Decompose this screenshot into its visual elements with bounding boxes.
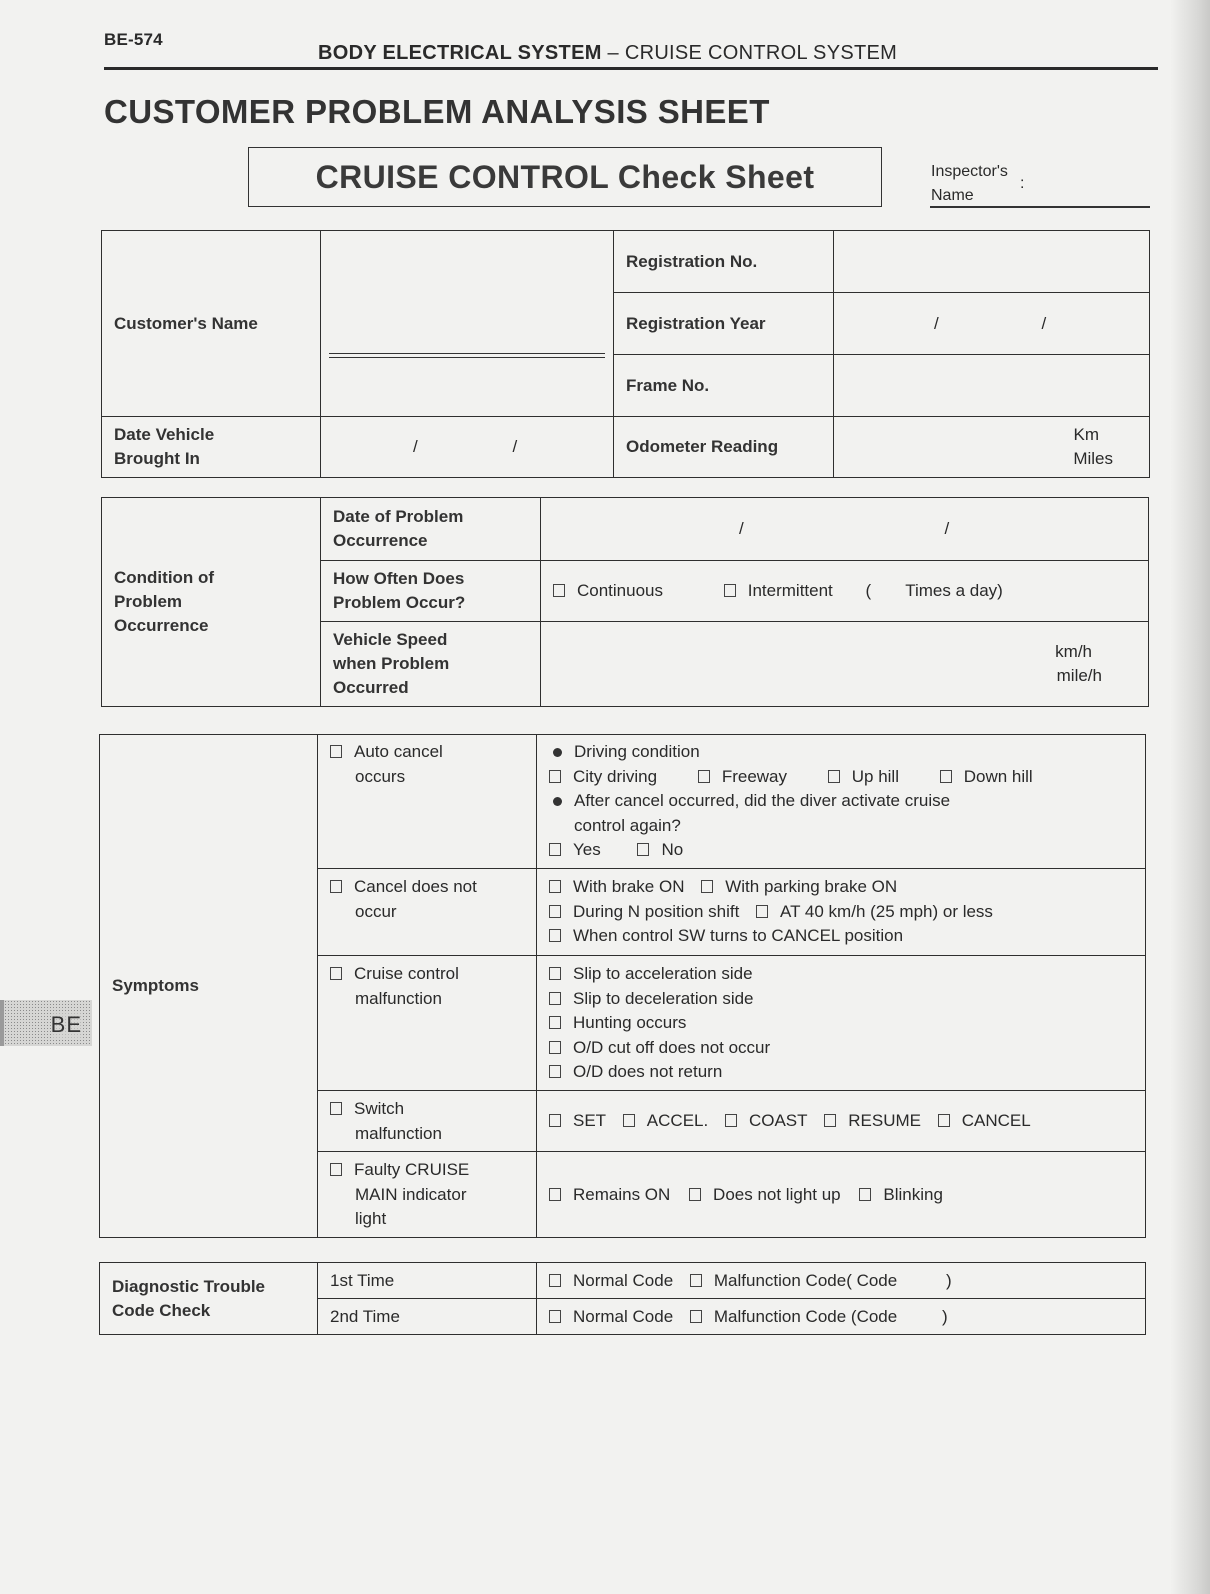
vehicle-speed-label: Vehicle Speed when Problem Occurred bbox=[321, 622, 541, 707]
option-label: Freeway bbox=[722, 767, 787, 786]
bullet-icon bbox=[553, 797, 562, 806]
label-line: Problem Occur? bbox=[333, 591, 528, 615]
option-up-hill[interactable]: Up hill bbox=[828, 767, 899, 786]
symptom-faulty-indicator[interactable]: Faulty CRUISE MAIN indicator light bbox=[318, 1152, 537, 1238]
checkbox-icon[interactable] bbox=[637, 843, 649, 856]
checkbox-icon[interactable] bbox=[824, 1114, 836, 1127]
section-tab-be: BE bbox=[0, 1000, 92, 1046]
checkbox-icon[interactable] bbox=[859, 1188, 871, 1201]
inspector-underline bbox=[930, 206, 1150, 208]
option-label: Down hill bbox=[964, 767, 1033, 786]
label-line: Diagnostic Trouble bbox=[112, 1275, 305, 1299]
symptom-cancel-not-occur[interactable]: Cancel does not occur bbox=[318, 869, 537, 956]
checkbox-icon[interactable] bbox=[549, 1065, 561, 1078]
checkbox-icon[interactable] bbox=[330, 880, 342, 893]
checkbox-icon[interactable] bbox=[549, 1188, 561, 1201]
dtc-section-label: Diagnostic Trouble Code Check bbox=[100, 1263, 318, 1335]
option-od-cutoff[interactable]: O/D cut off does not occur bbox=[549, 1036, 1133, 1061]
label-line: Condition of bbox=[114, 566, 308, 590]
symptom-label: Faulty CRUISE bbox=[354, 1160, 469, 1179]
option-intermittent[interactable]: Intermittent bbox=[724, 581, 833, 600]
checkbox-icon[interactable] bbox=[549, 1310, 561, 1323]
option-label: Remains ON bbox=[573, 1185, 670, 1204]
paren-open: ( bbox=[866, 581, 872, 600]
date-brought-in-label-line1: Date Vehicle bbox=[114, 423, 308, 447]
checkbox-icon[interactable] bbox=[940, 770, 952, 783]
option-blinking[interactable]: Blinking bbox=[859, 1185, 943, 1204]
checkbox-icon[interactable] bbox=[623, 1114, 635, 1127]
frame-no-field[interactable] bbox=[834, 355, 1150, 417]
dtc-second-time-label: 2nd Time bbox=[318, 1299, 537, 1335]
option-label: Malfunction Code( Code bbox=[714, 1271, 897, 1290]
unit-mileh: mile/h bbox=[553, 664, 1102, 688]
symptoms-section-label: Symptoms bbox=[100, 735, 318, 1238]
symptom-label: Cancel does not bbox=[354, 877, 477, 896]
page-edge-shadow bbox=[1170, 0, 1210, 1594]
checkbox-icon[interactable] bbox=[690, 1310, 702, 1323]
option-label: With brake ON bbox=[573, 877, 684, 896]
checkbox-icon[interactable] bbox=[549, 967, 561, 980]
option-label: No bbox=[661, 840, 683, 859]
symptom-label: malfunction bbox=[330, 1122, 524, 1147]
option-label: AT 40 km/h (25 mph) or less bbox=[780, 902, 993, 921]
bullet-icon bbox=[553, 748, 562, 757]
option-yes[interactable]: Yes bbox=[549, 840, 601, 859]
option-label: Yes bbox=[573, 840, 601, 859]
faulty-indicator-details: Remains ON Does not light up Blinking bbox=[537, 1152, 1146, 1238]
paren-close: ) bbox=[946, 1271, 952, 1290]
registration-no-field[interactable] bbox=[834, 231, 1150, 293]
option-label: Malfunction Code (Code bbox=[714, 1307, 897, 1326]
symptom-label: Auto cancel bbox=[354, 742, 443, 761]
symptom-switch-malfunction[interactable]: Switch malfunction bbox=[318, 1091, 537, 1152]
label-line: Date of Problem bbox=[333, 505, 528, 529]
option-label: Normal Code bbox=[573, 1271, 673, 1290]
option-label: Normal Code bbox=[573, 1307, 673, 1326]
inspector-colon: : bbox=[1020, 172, 1024, 196]
option-coast[interactable]: COAST bbox=[725, 1111, 808, 1130]
auto-cancel-details: Driving condition City driving Freeway U… bbox=[537, 735, 1146, 869]
option-resume[interactable]: RESUME bbox=[824, 1111, 921, 1130]
option-label: O/D cut off does not occur bbox=[573, 1038, 770, 1057]
symptom-label: occur bbox=[330, 900, 524, 925]
option-label: Slip to acceleration side bbox=[573, 964, 753, 983]
checkbox-icon[interactable] bbox=[690, 1274, 702, 1287]
date-slash: / bbox=[934, 314, 939, 334]
label-line: How Often Does bbox=[333, 567, 528, 591]
checkbox-icon[interactable] bbox=[553, 584, 565, 597]
section-title: BODY ELECTRICAL SYSTEM bbox=[318, 42, 602, 64]
symptoms-table: Symptoms Auto cancel occurs Driving cond… bbox=[99, 734, 1146, 1238]
checkbox-icon[interactable] bbox=[549, 905, 561, 918]
option-label: With parking brake ON bbox=[725, 877, 897, 896]
odometer-label: Odometer Reading bbox=[614, 417, 834, 478]
option-label: Continuous bbox=[577, 581, 663, 600]
date-brought-in-field[interactable]: / / bbox=[321, 417, 614, 478]
section-tab-label: BE bbox=[51, 1012, 82, 1038]
date-slash: / bbox=[739, 519, 744, 539]
option-od-not-return[interactable]: O/D does not return bbox=[549, 1060, 1133, 1085]
date-slash: / bbox=[944, 519, 949, 539]
checkbox-icon[interactable] bbox=[330, 1102, 342, 1115]
label-line: Occurrence bbox=[333, 529, 528, 553]
label-line: Problem bbox=[114, 590, 308, 614]
symptom-label: light bbox=[330, 1207, 524, 1232]
dtc-first-time-label: 1st Time bbox=[318, 1263, 537, 1299]
inspector-name-field[interactable]: Inspector's Name : bbox=[931, 160, 1008, 208]
checkbox-icon[interactable] bbox=[828, 770, 840, 783]
registration-no-label: Registration No. bbox=[614, 231, 834, 293]
option-label: Hunting occurs bbox=[573, 1013, 686, 1032]
option-label: SET bbox=[573, 1111, 606, 1130]
option-slip-acceleration[interactable]: Slip to acceleration side bbox=[549, 962, 1133, 987]
label-line: when Problem bbox=[333, 652, 528, 676]
header-separator: – bbox=[608, 42, 619, 64]
checkbox-icon[interactable] bbox=[549, 992, 561, 1005]
option-down-hill[interactable]: Down hill bbox=[940, 767, 1033, 786]
dtc-second-time-options: Normal Code Malfunction Code (Code ) bbox=[537, 1299, 1146, 1335]
label-line: Vehicle Speed bbox=[333, 628, 528, 652]
option-brake-on[interactable]: With brake ON bbox=[549, 877, 684, 896]
option-label: When control SW turns to CANCEL position bbox=[573, 926, 903, 945]
unit-kmh: km/h bbox=[553, 640, 1102, 664]
option-normal-code[interactable]: Normal Code bbox=[549, 1307, 673, 1326]
checkbox-icon[interactable] bbox=[549, 1274, 561, 1287]
vehicle-speed-field[interactable]: km/h mile/h bbox=[541, 622, 1149, 707]
page-number: BE-574 bbox=[104, 30, 163, 50]
option-parking-brake-on[interactable]: With parking brake ON bbox=[701, 877, 897, 896]
dtc-check-table: Diagnostic Trouble Code Check 1st Time N… bbox=[99, 1262, 1146, 1335]
option-city-driving[interactable]: City driving bbox=[549, 767, 657, 786]
registration-year-label: Registration Year bbox=[614, 293, 834, 355]
problem-date-field[interactable]: / / bbox=[541, 498, 1149, 561]
checkbox-icon[interactable] bbox=[549, 1041, 561, 1054]
reactivate-question: After cancel occurred, did the diver act… bbox=[574, 791, 950, 810]
paren-close: ) bbox=[942, 1307, 948, 1326]
checkbox-icon[interactable] bbox=[756, 905, 768, 918]
dtc-first-time-options: Normal Code Malfunction Code( Code ) bbox=[537, 1263, 1146, 1299]
checkbox-icon[interactable] bbox=[330, 967, 342, 980]
checkbox-icon[interactable] bbox=[549, 929, 561, 942]
customer-info-table: Customer's Name Registration No. Registr… bbox=[101, 230, 1150, 478]
option-cancel[interactable]: CANCEL bbox=[938, 1111, 1031, 1130]
checkbox-icon[interactable] bbox=[938, 1114, 950, 1127]
option-hunting[interactable]: Hunting occurs bbox=[549, 1011, 1133, 1036]
symptom-label: MAIN indicator bbox=[330, 1183, 524, 1208]
option-label: Does not light up bbox=[713, 1185, 841, 1204]
checkbox-icon[interactable] bbox=[725, 1114, 737, 1127]
option-label: City driving bbox=[573, 767, 657, 786]
option-not-light-up[interactable]: Does not light up bbox=[689, 1185, 841, 1204]
checkbox-icon[interactable] bbox=[724, 584, 736, 597]
condition-section-label: Condition of Problem Occurrence bbox=[102, 498, 321, 707]
option-remains-on[interactable]: Remains ON bbox=[549, 1185, 670, 1204]
checkbox-icon[interactable] bbox=[698, 770, 710, 783]
symptom-label: occurs bbox=[330, 765, 524, 790]
option-label: CANCEL bbox=[962, 1111, 1031, 1130]
option-label: RESUME bbox=[848, 1111, 921, 1130]
option-slip-deceleration[interactable]: Slip to deceleration side bbox=[549, 987, 1133, 1012]
checkbox-icon[interactable] bbox=[330, 1163, 342, 1176]
check-sheet-title: CRUISE CONTROL Check Sheet bbox=[248, 147, 882, 207]
customer-name-field[interactable] bbox=[321, 231, 614, 417]
label-line: Occurred bbox=[333, 676, 528, 700]
symptom-label: Cruise control bbox=[354, 964, 459, 983]
label-line: Code Check bbox=[112, 1299, 305, 1323]
label-line: Occurrence bbox=[114, 614, 308, 638]
symptom-label: malfunction bbox=[330, 987, 524, 1012]
unit-km: Km bbox=[846, 423, 1113, 447]
how-often-label: How Often Does Problem Occur? bbox=[321, 561, 541, 622]
option-malfunction-code[interactable]: Malfunction Code( Code bbox=[690, 1271, 897, 1290]
inspector-label-line1: Inspector's bbox=[931, 160, 1008, 184]
checkbox-icon[interactable] bbox=[330, 745, 342, 758]
option-control-sw-cancel[interactable]: When control SW turns to CANCEL position bbox=[549, 926, 903, 945]
customer-name-label: Customer's Name bbox=[102, 231, 321, 417]
checkbox-icon[interactable] bbox=[549, 1114, 561, 1127]
option-n-position-shift[interactable]: During N position shift bbox=[549, 902, 739, 921]
how-often-options: Continuous Intermittent (Times a day) bbox=[541, 561, 1149, 622]
header-rule bbox=[104, 67, 1158, 70]
reactivate-question-cont: control again? bbox=[549, 814, 1133, 839]
cancel-not-occur-details: With brake ON With parking brake ON Duri… bbox=[537, 869, 1146, 956]
page-title: CUSTOMER PROBLEM ANALYSIS SHEET bbox=[104, 93, 770, 131]
option-label: Intermittent bbox=[748, 581, 833, 600]
checkbox-icon[interactable] bbox=[689, 1188, 701, 1201]
option-label: ACCEL. bbox=[647, 1111, 708, 1130]
checkbox-icon[interactable] bbox=[549, 880, 561, 893]
frame-no-label: Frame No. bbox=[614, 355, 834, 417]
checkbox-icon[interactable] bbox=[701, 880, 713, 893]
switch-malfunction-details: SET ACCEL. COAST RESUME CANCEL bbox=[537, 1091, 1146, 1152]
driving-condition-heading: Driving condition bbox=[574, 742, 700, 761]
registration-year-field[interactable]: / / bbox=[834, 293, 1150, 355]
option-label: During N position shift bbox=[573, 902, 739, 921]
symptom-auto-cancel[interactable]: Auto cancel occurs bbox=[318, 735, 537, 869]
date-brought-in-label: Date Vehicle Brought In bbox=[102, 417, 321, 478]
date-slash: / bbox=[512, 437, 517, 457]
odometer-field[interactable]: Km Miles bbox=[834, 417, 1150, 478]
date-brought-in-label-line2: Brought In bbox=[114, 447, 308, 471]
checkbox-icon[interactable] bbox=[549, 770, 561, 783]
cruise-malfunction-details: Slip to acceleration side Slip to decele… bbox=[537, 956, 1146, 1091]
option-no[interactable]: No bbox=[637, 840, 683, 859]
option-label: Slip to deceleration side bbox=[573, 989, 754, 1008]
date-slash: / bbox=[413, 437, 418, 457]
option-label: O/D does not return bbox=[573, 1062, 722, 1081]
subsection-title: CRUISE CONTROL SYSTEM bbox=[625, 42, 897, 64]
running-header: BODY ELECTRICAL SYSTEM – CRUISE CONTROL … bbox=[318, 42, 897, 65]
symptom-label: Switch bbox=[354, 1099, 404, 1118]
checkbox-icon[interactable] bbox=[549, 1016, 561, 1029]
times-a-day-label: Times a day) bbox=[905, 581, 1003, 600]
inspector-label-line2: Name bbox=[931, 184, 1008, 208]
option-accel[interactable]: ACCEL. bbox=[623, 1111, 708, 1130]
option-malfunction-code[interactable]: Malfunction Code (Code bbox=[690, 1307, 897, 1326]
option-label: Up hill bbox=[852, 767, 899, 786]
option-normal-code[interactable]: Normal Code bbox=[549, 1271, 673, 1290]
option-at-40kmh[interactable]: AT 40 km/h (25 mph) or less bbox=[756, 902, 993, 921]
unit-miles: Miles bbox=[846, 447, 1113, 471]
option-label: COAST bbox=[749, 1111, 808, 1130]
problem-date-label: Date of Problem Occurrence bbox=[321, 498, 541, 561]
checkbox-icon[interactable] bbox=[549, 843, 561, 856]
option-continuous[interactable]: Continuous bbox=[553, 581, 663, 600]
option-label: Blinking bbox=[883, 1185, 943, 1204]
symptom-cruise-malfunction[interactable]: Cruise control malfunction bbox=[318, 956, 537, 1091]
date-slash: / bbox=[1041, 314, 1046, 334]
option-set[interactable]: SET bbox=[549, 1111, 606, 1130]
option-freeway[interactable]: Freeway bbox=[698, 767, 787, 786]
condition-table: Condition of Problem Occurrence Date of … bbox=[101, 497, 1149, 707]
